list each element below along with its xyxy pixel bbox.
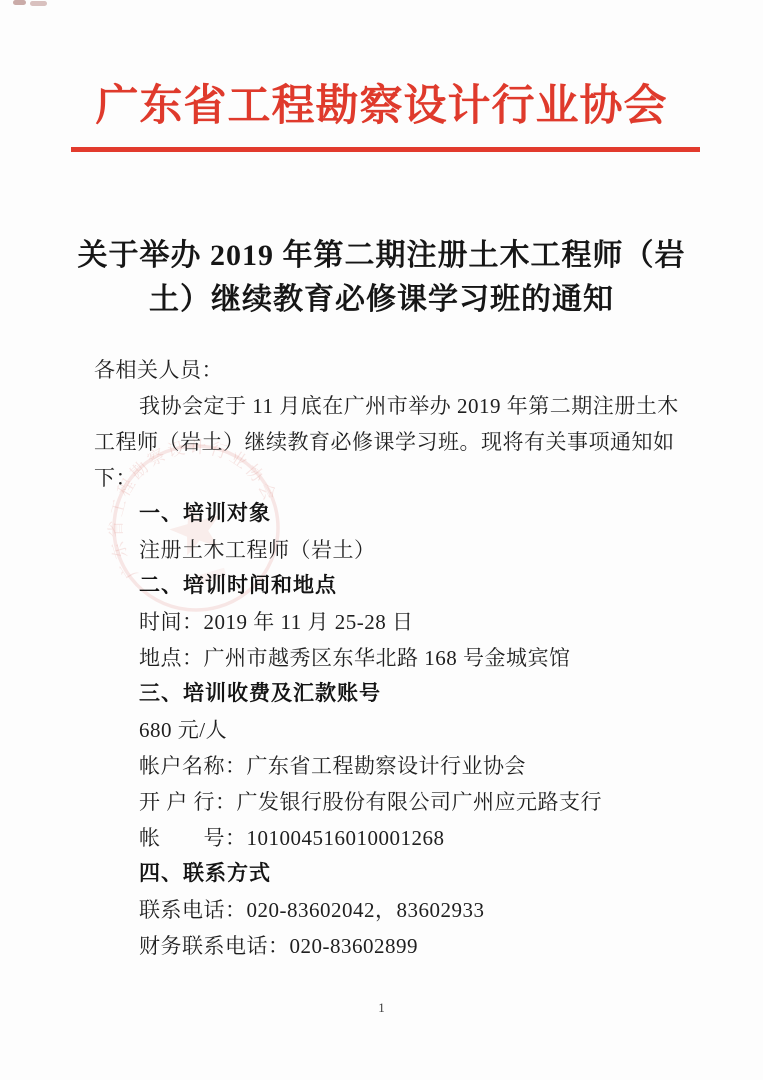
- document-page: 广东省工程勘察设计行业协会 关于举办 2019 年第二期注册土木工程师（岩 土）…: [0, 0, 763, 1080]
- account-number: 帐 号：101004516010001268: [94, 820, 703, 856]
- finance-contact-phone: 财务联系电话：020-83602899: [94, 928, 703, 964]
- section-4-heading: 四、联系方式: [94, 856, 703, 892]
- salutation: 各相关人员：: [94, 352, 703, 388]
- section-3-heading: 三、培训收费及汇款账号: [94, 676, 703, 712]
- bank-name: 开 户 行：广发银行股份有限公司广州应元路支行: [94, 784, 703, 820]
- training-fee: 680 元/人: [94, 712, 703, 748]
- page-number: 1: [0, 1000, 763, 1016]
- section-1-heading: 一、培训对象: [94, 496, 703, 532]
- training-location: 地点：广州市越秀区东华北路 168 号金城宾馆: [94, 640, 703, 676]
- letterhead-org-name: 广东省工程勘察设计行业协会: [0, 80, 763, 134]
- training-time: 时间：2019 年 11 月 25-28 日: [94, 604, 703, 640]
- document-title-line1: 关于举办 2019 年第二期注册土木工程师（岩: [40, 234, 723, 278]
- section-2-heading: 二、培训时间和地点: [94, 568, 703, 604]
- letterhead-rule: [71, 147, 700, 152]
- scan-smudge: [30, 1, 47, 6]
- contact-phone: 联系电话：020-83602042，83602933: [94, 892, 703, 928]
- document-title-line2: 土）继续教育必修课学习班的通知: [40, 278, 723, 322]
- section-1-audience: 注册土木工程师（岩土）: [94, 532, 703, 568]
- account-name: 帐户名称：广东省工程勘察设计行业协会: [94, 748, 703, 784]
- scan-smudge: [13, 0, 26, 5]
- intro-line-3: 下：: [94, 460, 703, 496]
- intro-line-1: 我协会定于 11 月底在广州市举办 2019 年第二期注册土木: [94, 388, 703, 424]
- document-body: 各相关人员： 我协会定于 11 月底在广州市举办 2019 年第二期注册土木 工…: [94, 352, 703, 964]
- document-title: 关于举办 2019 年第二期注册土木工程师（岩 土）继续教育必修课学习班的通知: [40, 234, 723, 322]
- intro-line-2: 工程师（岩土）继续教育必修课学习班。现将有关事项通知如: [94, 424, 703, 460]
